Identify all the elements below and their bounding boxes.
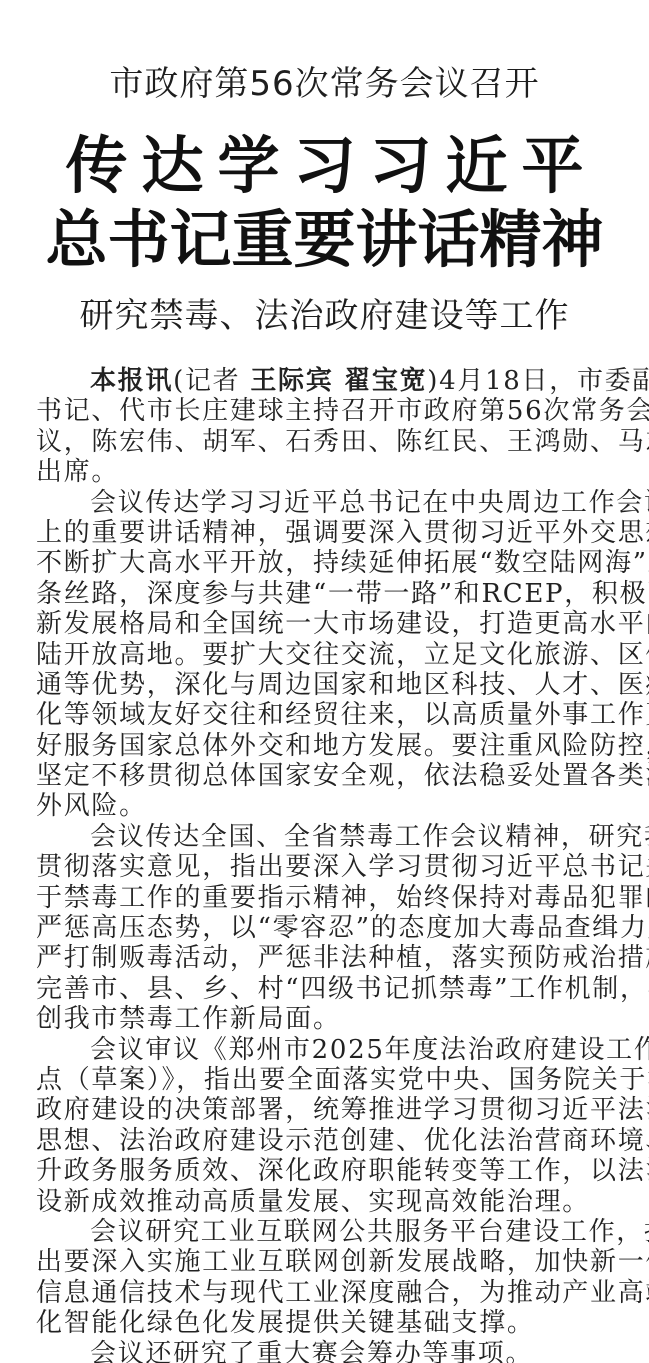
dateline-source: 本报讯 (90, 366, 173, 396)
article-body: 本报讯(记者 王际宾 翟宝宽)4月18日，市委副 书记、代市长庄建球主持召开市政… (36, 366, 616, 1363)
paragraph-line: 设新成效推动高质量发展、实现高效能治理。 (36, 1187, 616, 1217)
paragraph-text: 4月18日，市委副 (439, 366, 649, 396)
paragraph-line: 严打制贩毒活动，严惩非法种植，落实预防戒治措施， (36, 943, 616, 973)
paragraph-line: 会议还研究了重大赛会筹办等事项。 (36, 1339, 616, 1363)
paragraph-line: 书记、代市长庄建球主持召开市政府第56次常务会 (36, 396, 616, 426)
byline-close-paren: ) (427, 366, 439, 396)
paragraph-line: 化智能化绿色化发展提供关键基础支撑。 (36, 1308, 616, 1338)
paragraph-line: 上的重要讲话精神，强调要深入贯彻习近平外交思想， (36, 518, 616, 548)
paragraph-line: 政府建设的决策部署，统筹推进学习贯彻习近平法治 (36, 1095, 616, 1125)
paragraph-3: 会议传达全国、全省禁毒工作会议精神，研究我市 贯彻落实意见，指出要深入学习贯彻习… (36, 822, 616, 1035)
paragraph-line: 严惩高压态势，以“零容忍”的态度加大毒品查缉力度， (36, 913, 616, 943)
article-subhead: 研究禁毒、法治政府建设等工作 (0, 288, 649, 337)
paragraph-line: 出席。 (36, 457, 616, 487)
paragraph-line: 陆开放高地。要扩大交往交流，立足文化旅游、区位交 (36, 640, 616, 670)
headline-line-1: 传达学习习近平 (0, 128, 649, 204)
paragraph-line: 化等领域友好交往和经贸往来，以高质量外事工作更 (36, 700, 616, 730)
paragraph-line: 好服务国家总体外交和地方发展。要注重风险防控， (36, 731, 616, 761)
paragraph-line: 贯彻落实意见，指出要深入学习贯彻习近平总书记关 (36, 852, 616, 882)
paragraph-line: 完善市、县、乡、村“四级书记抓禁毒”工作机制，不断开 (36, 974, 616, 1004)
paragraph-line: 会议研究工业互联网公共服务平台建设工作，指 (36, 1217, 616, 1247)
paragraph-line: 会议传达全国、全省禁毒工作会议精神，研究我市 (36, 822, 616, 852)
paragraph-line: 会议传达学习习近平总书记在中央周边工作会议 (36, 488, 616, 518)
paragraph-line: 条丝路，深度参与共建“一带一路”和RCEP，积极融入 (36, 579, 616, 609)
paragraph-1: 本报讯(记者 王际宾 翟宝宽)4月18日，市委副 书记、代市长庄建球主持召开市政… (36, 366, 616, 488)
paragraph-line: 思想、法治政府建设示范创建、优化法治营商环境、提 (36, 1126, 616, 1156)
paragraph-line: 会议审议《郑州市2025年度法治政府建设工作要 (36, 1035, 616, 1065)
paragraph-line: 外风险。 (36, 791, 616, 821)
paragraph-line: 于禁毒工作的重要指示精神，始终保持对毒品犯罪的 (36, 883, 616, 913)
paragraph-line: 本报讯(记者 王际宾 翟宝宽)4月18日，市委副 (36, 366, 616, 396)
byline-reporter-label: 记者 (185, 366, 240, 396)
headline-line-2: 总书记重要讲话精神 (0, 202, 649, 278)
paragraph-line: 不断扩大高水平开放，持续延伸拓展“数空陆网海”五 (36, 548, 616, 578)
paragraph-line: 通等优势，深化与周边国家和地区科技、人才、医疗、文 (36, 670, 616, 700)
paragraph-line: 出要深入实施工业互联网创新发展战略，加快新一代 (36, 1247, 616, 1277)
paragraph-line: 升政务服务质效、深化政府职能转变等工作，以法治建 (36, 1156, 616, 1186)
paragraph-line: 点（草案）》，指出要全面落实党中央、国务院关于法治 (36, 1065, 616, 1095)
paragraph-line: 信息通信技术与现代工业深度融合，为推动产业高端 (36, 1278, 616, 1308)
byline-open-paren: ( (173, 366, 185, 396)
paragraph-line: 议，陈宏伟、胡军、石秀田、陈红民、王鸿勋、马志峰等 (36, 427, 616, 457)
paragraph-2: 会议传达学习习近平总书记在中央周边工作会议 上的重要讲话精神，强调要深入贯彻习近… (36, 488, 616, 822)
article-kicker: 市政府第56次常务会议召开 (0, 56, 649, 105)
paragraph-6: 会议还研究了重大赛会筹办等事项。 (36, 1339, 616, 1363)
paragraph-line: 坚定不移贯彻总体国家安全观，依法稳妥处置各类涉 (36, 761, 616, 791)
paragraph-line: 新发展格局和全国统一大市场建设，打造更高水平内 (36, 609, 616, 639)
paragraph-line: 创我市禁毒工作新局面。 (36, 1004, 616, 1034)
paragraph-4: 会议审议《郑州市2025年度法治政府建设工作要 点（草案）》，指出要全面落实党中… (36, 1035, 616, 1217)
byline-reporters: 王际宾 翟宝宽 (250, 366, 427, 396)
paragraph-5: 会议研究工业互联网公共服务平台建设工作，指 出要深入实施工业互联网创新发展战略，… (36, 1217, 616, 1339)
